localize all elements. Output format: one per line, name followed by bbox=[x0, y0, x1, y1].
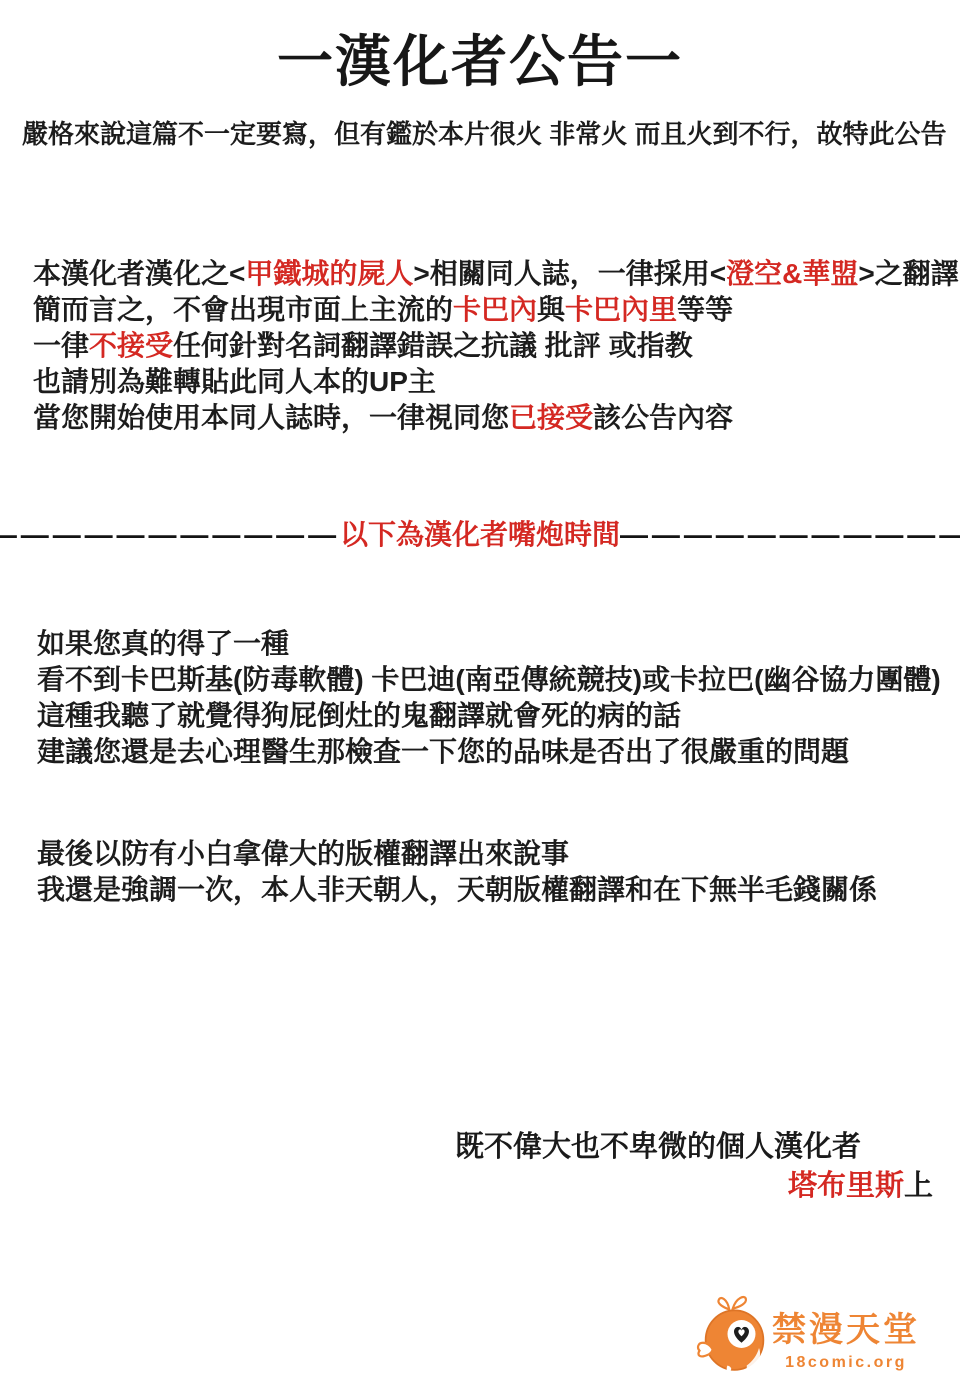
translator-name: 塔布里斯 bbox=[788, 1170, 904, 1202]
text-segment: 與 bbox=[537, 294, 565, 325]
text-segment: 簡而言之，不會出現市面上主流的 bbox=[33, 294, 453, 325]
disclaimer-line: 我還是強調一次，本人非天朝人，天朝版權翻譯和在下無半毛錢關係 bbox=[37, 872, 877, 908]
disclaimer-line: 最後以防有小白拿偉大的版權翻譯出來說事 bbox=[37, 836, 877, 872]
text-segment: 本漢化者漢化之< bbox=[33, 258, 245, 289]
watermark-site-name: 禁漫天堂 bbox=[772, 1302, 920, 1351]
text-segment: 也請別為難轉貼此同人本的UP主 bbox=[33, 366, 436, 397]
rant-line: 看不到卡巴斯基(防毒軟體) 卡巴迪(南亞傳統競技)或卡拉巴(幽谷協力團體) bbox=[37, 662, 941, 698]
policy-line: 簡而言之，不會出現市面上主流的卡巴內與卡巴內里等等 bbox=[33, 292, 959, 328]
rant-paragraph: 如果您真的得了一種 看不到卡巴斯基(防毒軟體) 卡巴迪(南亞傳統競技)或卡拉巴(… bbox=[37, 626, 941, 770]
policy-line: 也請別為難轉貼此同人本的UP主 bbox=[33, 364, 959, 400]
signature: 塔布里斯上 bbox=[788, 1163, 933, 1204]
signature-description: 既不偉大也不卑微的個人漢化者 bbox=[455, 1124, 861, 1165]
translation-policy-paragraph: 本漢化者漢化之<甲鐵城的屍人>相關同人誌，一律採用<澄空&華盟>之翻譯 簡而言之… bbox=[33, 256, 959, 436]
divider-label: 以下為漢化者嘴炮時間 bbox=[340, 512, 620, 558]
highlighted-term: 澄空&華盟 bbox=[726, 258, 858, 289]
policy-line: 當您開始使用本同人誌時，一律視同您已接受該公告內容 bbox=[33, 400, 959, 436]
text-segment: >之翻譯 bbox=[858, 258, 958, 289]
rant-line: 這種我聽了就覺得狗屁倒灶的鬼翻譯就會死的病的話 bbox=[37, 698, 941, 734]
rant-line: 如果您真的得了一種 bbox=[37, 626, 941, 662]
highlighted-term: 已接受 bbox=[509, 402, 593, 433]
announcement-page: 一漢化者公告一 嚴格來說這篇不一定要寫，但有鑑於本片很火 非常火 而且火到不行，… bbox=[0, 0, 960, 1379]
rant-line: 建議您還是去心理醫生那檢查一下您的品味是否出了很嚴重的問題 bbox=[37, 734, 941, 770]
text-segment: 當您開始使用本同人誌時，一律視同您 bbox=[33, 402, 509, 433]
text-segment: 任何針對名詞翻譯錯誤之抗議 批評 或指教 bbox=[173, 330, 693, 361]
highlighted-term: 不接受 bbox=[89, 330, 173, 361]
text-segment: 該公告內容 bbox=[593, 402, 733, 433]
highlighted-term: 甲鐵城的屍人 bbox=[245, 258, 413, 289]
policy-line: 本漢化者漢化之<甲鐵城的屍人>相關同人誌，一律採用<澄空&華盟>之翻譯 bbox=[33, 256, 959, 292]
section-divider: ———————————— 以下為漢化者嘴炮時間 ———————————— bbox=[0, 512, 960, 558]
whale-mascot-icon bbox=[696, 1290, 766, 1379]
intro-note: 嚴格來說這篇不一定要寫，但有鑑於本片很火 非常火 而且火到不行，故特此公告 bbox=[22, 114, 946, 151]
highlighted-term: 卡巴內 bbox=[453, 294, 537, 325]
watermark-text: 禁漫天堂 18comic.org bbox=[772, 1302, 920, 1372]
text-segment: >相關同人誌，一律採用< bbox=[413, 258, 726, 289]
signature-suffix: 上 bbox=[904, 1170, 933, 1202]
copyright-disclaimer-paragraph: 最後以防有小白拿偉大的版權翻譯出來說事 我還是強調一次，本人非天朝人，天朝版權翻… bbox=[37, 836, 877, 908]
highlighted-term: 卡巴內里 bbox=[565, 294, 677, 325]
page-title: 一漢化者公告一 bbox=[0, 18, 960, 98]
text-segment: 一律 bbox=[33, 330, 89, 361]
watermark-site-url: 18comic.org bbox=[785, 1354, 907, 1372]
divider-dashes-right: ———————————— bbox=[620, 512, 960, 558]
text-segment: 等等 bbox=[677, 294, 733, 325]
policy-line: 一律不接受任何針對名詞翻譯錯誤之抗議 批評 或指教 bbox=[33, 328, 959, 364]
divider-dashes-left: ———————————— bbox=[0, 512, 340, 558]
site-watermark: 禁漫天堂 18comic.org bbox=[696, 1290, 920, 1379]
